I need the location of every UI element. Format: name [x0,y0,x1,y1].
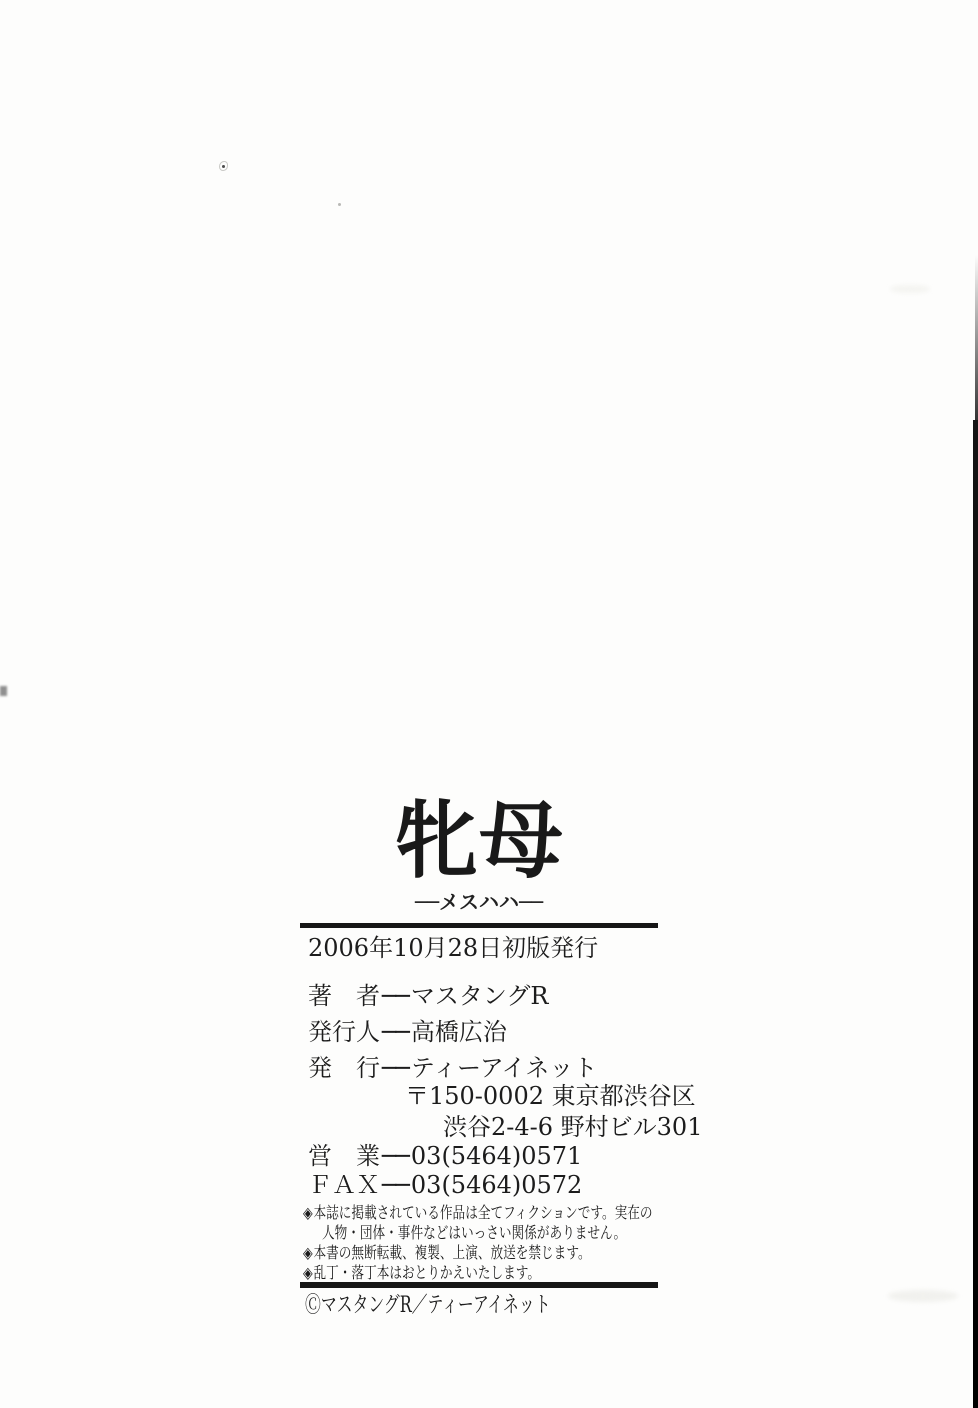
scan-speck [338,203,341,206]
scan-speck [219,161,228,171]
fax-number: 03(5464)0572 [411,1171,582,1199]
author-row: 著 者──マスタングR [308,983,549,1010]
issuer-name: 高橋広治 [411,1018,507,1046]
scan-smudge [890,285,930,293]
diamond-bullet-icon: ◈ [303,1243,313,1262]
sales-phone: 03(5464)0571 [411,1142,582,1170]
publisher-address-line2: 渋谷2-4-6 野村ビル301 [443,1114,702,1141]
issuer-label: 発行人 [308,1019,382,1046]
publisher-name: ティーアイネット [411,1054,597,1082]
notice-text: 本誌に掲載されている作品は全てフィクションです。実在の [314,1203,653,1222]
publisher-label: 発 行 [308,1055,382,1082]
sales-phone-row: 営 業──03(5464)0571 [308,1143,582,1170]
colophon-block: 牝母 ──メスハハ── 2006年10月28日初版発行 著 者──マスタングR … [300,795,658,1355]
notice-defective-copies: ◈乱丁・落丁本はおとりかえいたします。 [303,1263,660,1283]
issuer-row: 発行人──高橋広治 [308,1019,507,1046]
fax-row: ＦＡＸ──03(5464)0572 [308,1172,582,1199]
fax-label: ＦＡＸ [308,1172,382,1199]
book-subtitle-reading: ──メスハハ── [300,891,658,913]
book-title: 牝母 [300,795,658,887]
sales-label: 営 業 [308,1143,382,1170]
publisher-address-line1: 〒150-0002 東京都渋谷区 [405,1083,696,1110]
author-name: マスタングR [411,982,549,1010]
dash-connector: ── [382,1018,409,1046]
notice-no-reproduction: ◈本書の無断転載、複製、上演、放送を禁じます。 [303,1243,660,1263]
edition-date: 2006年10月28日初版発行 [308,935,598,962]
copyright-line: ⒸマスタングR／ティーアイネット [305,1293,551,1318]
dash-connector: ── [382,1142,409,1170]
dash-connector: ── [382,1171,409,1199]
scan-edge-mark [0,686,7,696]
diamond-bullet-icon: ◈ [303,1203,313,1222]
publisher-row: 発 行──ティーアイネット [308,1055,597,1082]
divider-bottom [300,1282,658,1288]
notice-text: 本書の無断転載、複製、上演、放送を禁じます。 [314,1243,591,1262]
scan-smudge [888,1290,958,1302]
divider-top [300,923,658,928]
notice-fiction-line2: 人物・団体・事件などはいっさい関係がありません。 [303,1223,660,1243]
author-label: 著 者 [308,983,382,1010]
notice-text: 乱丁・落丁本はおとりかえいたします。 [314,1263,541,1282]
notice-fiction-line1: ◈本誌に掲載されている作品は全てフィクションです。実在の [303,1203,660,1223]
dash-connector: ── [382,982,409,1010]
scanned-colophon-page: 牝母 ──メスハハ── 2006年10月28日初版発行 著 者──マスタングR … [0,0,978,1408]
dash-connector: ── [382,1054,409,1082]
scan-edge-shadow [973,420,978,1408]
legal-notices: ◈本誌に掲載されている作品は全てフィクションです。実在の 人物・団体・事件などは… [303,1203,660,1283]
diamond-bullet-icon: ◈ [303,1263,313,1282]
